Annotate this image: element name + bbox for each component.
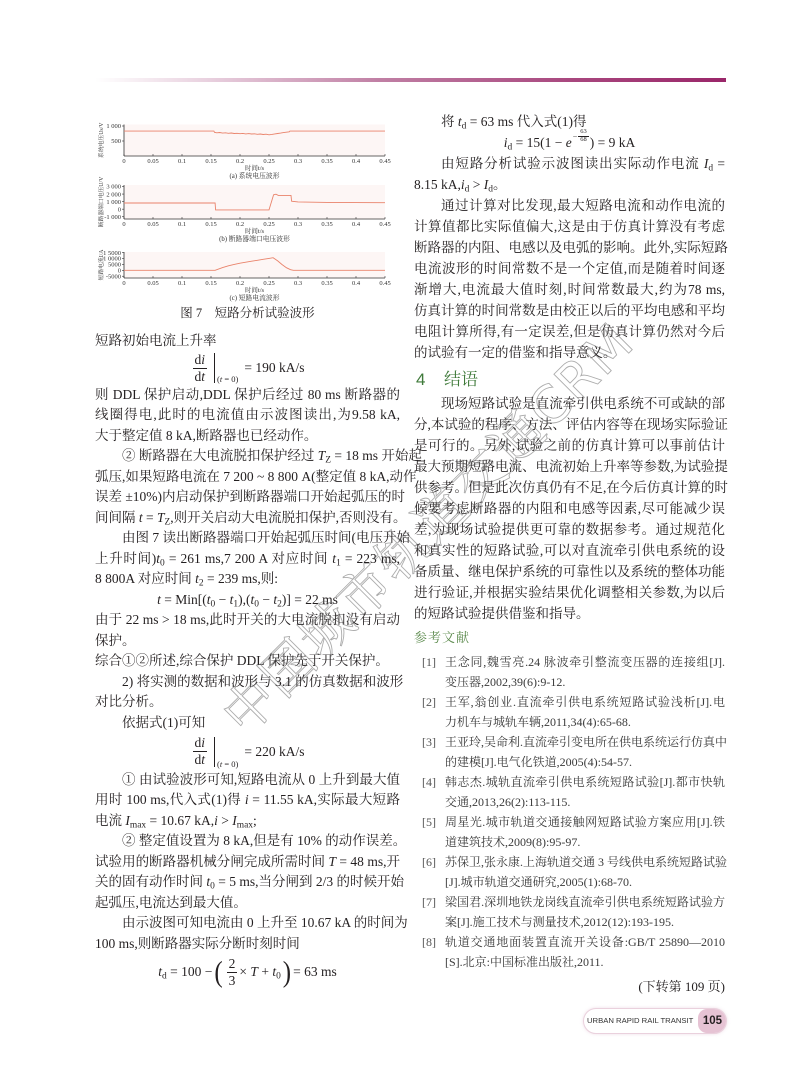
y-tick-label: 1 000: [106, 199, 121, 206]
formula-lhs: td = 100 −: [158, 964, 212, 980]
y-axis-label: 短路电流I/A: [97, 249, 105, 281]
x-tick-label: 0.15: [205, 280, 216, 287]
formula-break-time: td = 100 − ( 2 3 × T + t0 ) = 63 ms: [95, 954, 400, 990]
text-line: 候要考虑断路器的内阻和电感等因素,尽可能减少误: [414, 498, 725, 519]
y-tick-label: 3 000: [106, 184, 121, 191]
formula-initial-rise-rate-220: di dt (t = 0) = 220 kA/s: [95, 733, 400, 770]
subplot-short-circuit-current: 00.050.10.150.20.250.30.350.40.451 50001…: [97, 249, 391, 302]
text-line: ② 整定值设置为 8 kA,但是有 10% 的动作误差。: [95, 831, 400, 852]
reference-line: 王念同,魏雪亮.24 脉波牵引整流变压器的连接组[J].: [445, 652, 725, 672]
reference-line: [S].北京:中国标准出版社,2011.: [445, 952, 725, 972]
text-line: 由短路分析试验示波图读出实际动作电流 Id =: [414, 153, 725, 174]
right-column: 将 td = 63 ms 代入式(1)得 id = 15(1 − e − 63 …: [414, 111, 725, 1003]
reference-line: 轨道交通地面装置直流开关设备:GB/T 25890—2010: [445, 932, 725, 952]
reference-line: [J].城市轨道交通研究,2005(1):68-70.: [445, 872, 725, 892]
x-tick-label: 0.1: [178, 158, 186, 165]
reference-item: [7] 梁国君.深圳地铁龙岗线直流牵引供电系统短路试验方 案[J].施工技术与测…: [414, 892, 725, 932]
x-tick-label: 0.05: [147, 280, 158, 287]
reference-number: [7]: [422, 892, 436, 912]
x-tick-label: 0.4: [352, 280, 361, 287]
text-line: 短路初始电流上升率: [95, 331, 400, 352]
evaluation-point: (t = 0): [217, 759, 238, 769]
text-line: 仿真计算的时间常数是由校正以后的平均电感和平均: [414, 300, 725, 321]
formula-min-interval: t = Min[(t0 − t1),(t0 − t2)] = 22 ms: [95, 590, 400, 611]
journal-name: URBAN RAPID RAIL TRANSIT: [587, 1009, 693, 1033]
left-column: 短路初始电流上升率 di dt (t = 0) = 190 kA/s 则 DDL…: [95, 331, 400, 991]
section-heading-conclusion: 4结语: [414, 363, 725, 393]
exponent-fraction: 63 68: [578, 129, 589, 144]
plot-area: [124, 252, 385, 278]
reference-line: 交通,2013,26(2):113-115.: [445, 792, 725, 812]
section-title: 结语: [444, 370, 478, 389]
figure-caption: 图 7 短路分析试验波形: [95, 305, 400, 321]
derivative-fraction: di dt: [193, 735, 208, 767]
y-tick-label: -1 000: [104, 214, 121, 221]
reference-line: 道建筑技术,2009(8):95-97.: [445, 832, 725, 852]
text-line: 弧压,如果短路电流在 7 200 ~ 8 800 A(整定值 8 kA,动作: [95, 467, 400, 488]
fraction-numerator: di: [193, 352, 208, 369]
evaluation-point: (t = 0): [217, 374, 238, 384]
text-line: ② 断路器在大电流脱扣保护经过 TZ = 18 ms 开始起: [95, 446, 400, 467]
formula-initial-rise-rate-190: di dt (t = 0) = 190 kA/s: [95, 351, 400, 385]
text-line: 间间隔 t = TZ,则开关启动大电流脱扣保护,否则没有。: [95, 508, 400, 529]
formula-result: = 220 kA/s: [244, 744, 304, 760]
plot-area: [124, 125, 385, 157]
subplot-caption: (b) 断路器端口电压波形: [219, 234, 290, 243]
text-line: 对比分析。: [95, 692, 400, 713]
fraction-numerator: 2: [227, 956, 238, 973]
formula-middle: × T + t0: [239, 964, 280, 980]
fraction-two-thirds: 2 3: [227, 956, 238, 988]
text-line: 试验用的断路器机械分闸完成所需时间 T = 48 ms,开: [95, 852, 400, 873]
formula-result: = 63 ms: [293, 964, 337, 980]
text-line: 分,本试验的程序、方法、评估内容等在现场实际验证: [414, 414, 725, 435]
y-tick-label: 1 000: [106, 123, 121, 130]
x-axis-label: 时间t/s: [245, 226, 265, 235]
x-tick-label: 0.2: [236, 280, 244, 287]
x-tick-label: 0: [122, 221, 125, 228]
reference-line: 韩志杰.城轨直流牵引供电系统短路试验[J].都市快轨: [445, 772, 725, 792]
text-line: 最大预期短路电流、电流初始上升率等参数,为试验提: [414, 456, 725, 477]
text-line: 供参考。但是此次仿真仍有不足,在今后仿真计算的时: [414, 477, 725, 498]
text-line: 电流波形的时间常数不是一个定值,而是随着时间逐: [414, 258, 725, 279]
section-number: 4: [414, 363, 444, 396]
fraction-denominator: dt: [193, 369, 208, 385]
text-line: 8.15 kA,id > Id。: [414, 174, 725, 195]
x-tick-label: 0.3: [294, 158, 302, 165]
x-tick-label: 0.25: [263, 221, 274, 228]
exponent-sign: −: [573, 126, 578, 147]
plot-area: [124, 185, 385, 219]
text-line: 保护。: [95, 631, 400, 652]
text-line: 用时 100 ms,代入式(1)得 i = 11.55 kA,实际最大短路: [95, 790, 400, 811]
formula-result: ) = 9 kA: [590, 132, 635, 153]
reference-number: [6]: [422, 852, 436, 872]
x-tick-label: 0.35: [321, 280, 332, 287]
fraction-denominator: 68: [578, 137, 589, 144]
text-line: 渐增大,电流最大值时刻,时间常数最大,约为78 ms,: [414, 279, 725, 300]
x-tick-label: 0.3: [294, 221, 302, 228]
text-line: 综合①②所述,综合保护 DDL 保护先于开关保护。: [95, 651, 400, 672]
text-line: 8 800A 对应时间 t2 = 239 ms,则:: [95, 569, 400, 590]
y-tick-label: -5000: [106, 273, 121, 280]
left-paren: (: [214, 957, 222, 987]
reference-line: 王军,翁创业.直流牵引供电系统短路试验浅析[J].电: [445, 692, 725, 712]
y-tick-label: 2 000: [106, 191, 121, 198]
formula-action-current: id = 15(1 − e − 63 68 ) = 9 kA: [414, 132, 725, 153]
text-line: 线圈得电,此时的电流值由示波图读出,为9.58 kA,: [95, 405, 400, 426]
reference-number: [2]: [422, 692, 436, 712]
y-tick-label: 0: [118, 206, 121, 213]
x-tick-label: 0.25: [263, 280, 274, 287]
text-line: 的短路试验提供借鉴和指导。: [414, 603, 725, 624]
x-axis-label: 时间t/s: [245, 163, 265, 172]
text-line: 由示波图可知电流由 0 上升至 10.67 kA 的时间为: [95, 913, 400, 934]
reference-line: 变压器,2002,39(6):9-12.: [445, 672, 725, 692]
text-line: 和真实性的短路试验,可以对直流牵引供电系统的设: [414, 540, 725, 561]
text-line: 误差 ±10%)内启动保护到断路器端口开始起弧压的时: [95, 487, 400, 508]
reference-number: [8]: [422, 932, 436, 952]
y-axis-label: 系统电压Us/V: [97, 122, 105, 158]
reference-number: [3]: [422, 732, 436, 752]
text-line: 计算值都比实际值偏大,这是由于仿真计算没有考虑: [414, 216, 725, 237]
reference-item: [4] 韩志杰.城轨直流牵引供电系统短路试验[J].都市快轨 交通,2013,2…: [414, 772, 725, 812]
x-tick-label: 0: [122, 280, 125, 287]
text-line: 2) 将实测的数据和波形与 3.1 的仿真数据和波形: [95, 672, 400, 693]
fraction-denominator: dt: [193, 752, 208, 768]
page-number: 105: [703, 1009, 722, 1033]
evaluation-bar: [214, 737, 215, 767]
text-line: 关的固有动作时间 t0 = 5 ms,当分闸到 2/3 的时候开始: [95, 872, 400, 893]
journal-footer-badge: URBAN RAPID RAIL TRANSIT 105: [583, 1008, 727, 1034]
reference-line: 的建模[J].电气化铁道,2005(4):54-57.: [445, 752, 725, 772]
evaluation-bar: [214, 353, 215, 383]
text-line: 差,为现场试验提供更可靠的数据参考。通过规范化: [414, 519, 725, 540]
x-tick-label: 0.4: [352, 158, 361, 165]
text-line: 进行验证,并根据实验结果优化调整相关参数,为以后: [414, 582, 725, 603]
fraction-denominator: 3: [227, 973, 238, 989]
x-tick-label: 0.4: [352, 221, 361, 228]
text-line: 是可行的。另外,试验之前的仿真计算可以事前估计: [414, 435, 725, 456]
x-tick-label: 0.35: [321, 158, 332, 165]
x-tick-label: 0.2: [236, 158, 244, 165]
text-line: 断路器的内阻、电感以及电弧的影响。此外,实际短路: [414, 237, 725, 258]
reference-item: [1] 王念同,魏雪亮.24 脉波牵引整流变压器的连接组[J]. 变压器,200…: [414, 652, 725, 692]
x-tick-label: 0.15: [205, 221, 216, 228]
reference-item: [6] 苏保卫,张永康.上海轨道交通 3 号线供电系统短路试验 [J].城市轨道…: [414, 852, 725, 892]
fraction-numerator: di: [193, 735, 208, 752]
reference-line: 王亚玲,吴命利.直流牵引变电所在供电系统运行仿真中: [445, 732, 725, 752]
subplot-caption: (a) 系统电压波形: [229, 171, 279, 180]
reference-line: 苏保卫,张永康.上海轨道交通 3 号线供电系统短路试验: [445, 852, 725, 872]
text-line: 备质量、继电保护系统的可靠性以及系统的整体功能: [414, 561, 725, 582]
x-tick-label: 0.05: [147, 158, 158, 165]
text-line: 则 DDL 保护启动,DDL 保护后经过 80 ms 断路器的: [95, 385, 400, 406]
reference-line: 梁国君.深圳地铁龙岗线直流牵引供电系统短路试验方: [445, 892, 725, 912]
continued-on-page-note: (下转第 109 页): [414, 972, 725, 1002]
x-tick-label: 0.05: [147, 221, 158, 228]
reference-number: [4]: [422, 772, 436, 792]
x-tick-label: 0.1: [178, 280, 186, 287]
subplot-breaker-port-voltage: 00.050.10.150.20.250.30.350.40.453 0002 …: [97, 176, 391, 243]
text-line: 100 ms,则断路器实际分断时刻时间: [95, 934, 400, 955]
x-tick-label: 0.45: [379, 158, 390, 165]
y-tick-label: 500: [111, 138, 121, 145]
text-line: 起弧压,电流达到最大值。: [95, 893, 400, 914]
text-line: 电流 Imax = 10.67 kA,i > Imax;: [95, 811, 400, 832]
text-line: 由于 22 ms > 18 ms,此时开关的大电流脱扣没有启动: [95, 610, 400, 631]
derivative-fraction: di dt: [193, 352, 208, 384]
x-tick-label: 0: [122, 158, 125, 165]
y-axis-label: 断路器端口电压U/V: [97, 176, 105, 227]
subplot-system-voltage: 00.050.10.150.20.250.30.350.40.455001 00…: [97, 122, 391, 180]
reference-number: [1]: [422, 652, 436, 672]
x-tick-label: 0.45: [379, 221, 390, 228]
text-line: 由图 7 读出断路器端口开始起弧压时间(电压开始: [95, 528, 400, 549]
x-tick-label: 0.25: [263, 158, 274, 165]
text-line: 的试验有一定的借鉴和指导意义。: [414, 342, 725, 363]
reference-item: [3] 王亚玲,吴命利.直流牵引变电所在供电系统运行仿真中 的建模[J].电气化…: [414, 732, 725, 772]
reference-item: [2] 王军,翁创业.直流牵引供电系统短路试验浅析[J].电 力机车与城轨车辆,…: [414, 692, 725, 732]
reference-line: 力机车与城轨车辆,2011,34(4):65-68.: [445, 712, 725, 732]
text-line: 通过计算对比发现,最大短路电流和动作电流的: [414, 195, 725, 216]
formula-lhs: id = 15(1 − e: [504, 132, 572, 153]
reference-item: [8] 轨道交通地面装置直流开关设备:GB/T 25890—2010 [S].北…: [414, 932, 725, 972]
reference-line: 案[J].施工技术与测量技术,2012(12):193-195.: [445, 912, 725, 932]
reference-line: 周星光.城市轨道交通接触网短路试验方案应用[J].铁: [445, 812, 725, 832]
x-tick-label: 0.15: [205, 158, 216, 165]
right-paren: ): [283, 957, 291, 987]
text-line: 依据式(1)可知: [95, 713, 400, 734]
x-tick-label: 0.1: [178, 221, 186, 228]
x-axis-label: 时间t/s: [245, 285, 265, 294]
text-line: 大于整定值 8 kA,断路器也已经动作。: [95, 426, 400, 447]
text-line: 上升时间)t0 = 261 ms,7 200 A 对应时间 t1 = 223 m…: [95, 549, 400, 570]
text-line: 现场短路试验是直流牵引供电系统不可或缺的部: [414, 393, 725, 414]
paper-page: 00.050.10.150.20.250.30.350.40.455001 00…: [0, 0, 800, 1080]
reference-item: [5] 周星光.城市轨道交通接触网短路试验方案应用[J].铁 道建筑技术,200…: [414, 812, 725, 852]
references-heading: 参考文献: [414, 624, 725, 653]
subplot-caption: (c) 短路电流波形: [229, 293, 279, 302]
x-tick-label: 0.35: [321, 221, 332, 228]
x-tick-label: 0.3: [294, 280, 302, 287]
reference-number: [5]: [422, 812, 436, 832]
x-tick-label: 0.45: [379, 280, 390, 287]
exponent: − 63 68: [573, 126, 589, 147]
text-line: ① 由试验波形可知,短路电流从 0 上升到最大值: [95, 770, 400, 791]
formula-result: = 190 kA/s: [244, 360, 304, 376]
text-line: 电阻计算所得,有一定误差,但是仿真计算仍然对今后: [414, 321, 725, 342]
x-tick-label: 0.2: [236, 221, 244, 228]
text-line: 将 td = 63 ms 代入式(1)得: [414, 111, 725, 132]
